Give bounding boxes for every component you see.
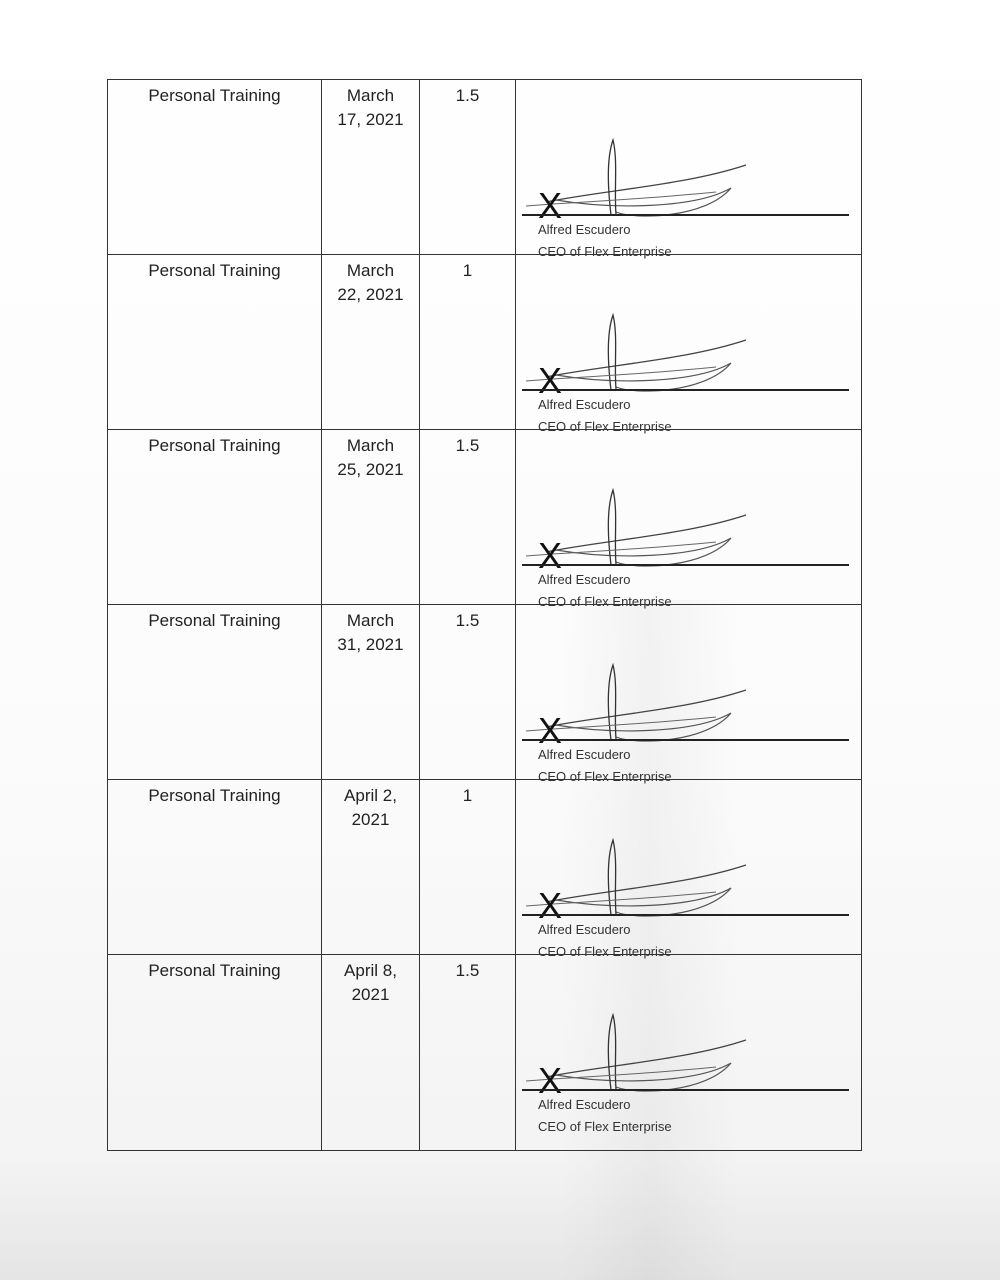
hours-cell: 1.5 bbox=[420, 955, 516, 1151]
signer-title: CEO of Flex Enterprise bbox=[538, 1119, 672, 1135]
table-row: Personal Training March 31, 2021 1.5 X A… bbox=[108, 605, 862, 780]
signature-x-mark: X bbox=[538, 538, 562, 574]
hours-text: 1 bbox=[420, 255, 515, 283]
table-row: Personal Training April 8, 2021 1.5 X Al… bbox=[108, 955, 862, 1151]
date-text: March 17, 2021 bbox=[336, 80, 406, 132]
signature-block: X Alfred Escudero CEO of Flex Enterprise bbox=[516, 305, 849, 425]
service-text: Personal Training bbox=[108, 780, 321, 808]
signer-name: Alfred Escudero bbox=[538, 397, 631, 413]
signature-line bbox=[522, 1089, 849, 1091]
training-log-table: Personal Training March 17, 2021 1.5 X A… bbox=[107, 79, 862, 1151]
signature-cell: X Alfred Escudero CEO of Flex Enterprise bbox=[516, 605, 862, 780]
date-cell: March 25, 2021 bbox=[322, 430, 420, 605]
date-text: March 31, 2021 bbox=[336, 605, 406, 657]
date-text: March 22, 2021 bbox=[336, 255, 406, 307]
signature-line bbox=[522, 389, 849, 391]
hours-cell: 1 bbox=[420, 255, 516, 430]
hours-cell: 1 bbox=[420, 780, 516, 955]
service-cell: Personal Training bbox=[108, 255, 322, 430]
signature-line bbox=[522, 914, 849, 916]
service-cell: Personal Training bbox=[108, 780, 322, 955]
hours-text: 1 bbox=[420, 780, 515, 808]
signature-block: X Alfred Escudero CEO of Flex Enterprise bbox=[516, 130, 849, 250]
hours-cell: 1.5 bbox=[420, 430, 516, 605]
hours-text: 1.5 bbox=[420, 605, 515, 633]
service-cell: Personal Training bbox=[108, 80, 322, 255]
date-text: April 8, 2021 bbox=[336, 955, 406, 1007]
date-cell: March 22, 2021 bbox=[322, 255, 420, 430]
service-text: Personal Training bbox=[108, 255, 321, 283]
date-cell: April 2, 2021 bbox=[322, 780, 420, 955]
signer-name: Alfred Escudero bbox=[538, 747, 631, 763]
hours-cell: 1.5 bbox=[420, 80, 516, 255]
date-text: April 2, 2021 bbox=[336, 780, 406, 832]
signature-block: X Alfred Escudero CEO of Flex Enterprise bbox=[516, 655, 849, 775]
table-row: Personal Training April 2, 2021 1 X Alfr… bbox=[108, 780, 862, 955]
signature-line bbox=[522, 214, 849, 216]
signature-block: X Alfred Escudero CEO of Flex Enterprise bbox=[516, 480, 849, 600]
service-cell: Personal Training bbox=[108, 605, 322, 780]
signature-x-mark: X bbox=[538, 713, 562, 749]
signature-x-mark: X bbox=[538, 188, 562, 224]
signature-block: X Alfred Escudero CEO of Flex Enterprise bbox=[516, 1005, 849, 1125]
service-cell: Personal Training bbox=[108, 955, 322, 1151]
service-text: Personal Training bbox=[108, 80, 321, 108]
service-cell: Personal Training bbox=[108, 430, 322, 605]
signer-name: Alfred Escudero bbox=[538, 922, 631, 938]
signature-block: X Alfred Escudero CEO of Flex Enterprise bbox=[516, 830, 849, 950]
service-text: Personal Training bbox=[108, 955, 321, 983]
date-cell: March 17, 2021 bbox=[322, 80, 420, 255]
hours-text: 1.5 bbox=[420, 430, 515, 458]
signature-x-mark: X bbox=[538, 363, 562, 399]
hours-cell: 1.5 bbox=[420, 605, 516, 780]
date-text: March 25, 2021 bbox=[336, 430, 406, 482]
date-cell: March 31, 2021 bbox=[322, 605, 420, 780]
table-row: Personal Training March 17, 2021 1.5 X A… bbox=[108, 80, 862, 255]
signature-line bbox=[522, 739, 849, 741]
hours-text: 1.5 bbox=[420, 80, 515, 108]
signature-line bbox=[522, 564, 849, 566]
service-text: Personal Training bbox=[108, 430, 321, 458]
signer-name: Alfred Escudero bbox=[538, 1097, 631, 1113]
signature-cell: X Alfred Escudero CEO of Flex Enterprise bbox=[516, 255, 862, 430]
hours-text: 1.5 bbox=[420, 955, 515, 983]
signature-cell: X Alfred Escudero CEO of Flex Enterprise bbox=[516, 430, 862, 605]
signer-name: Alfred Escudero bbox=[538, 222, 631, 238]
signature-x-mark: X bbox=[538, 888, 562, 924]
signature-x-mark: X bbox=[538, 1063, 562, 1099]
table-row: Personal Training March 25, 2021 1.5 X A… bbox=[108, 430, 862, 605]
scan-shadow-bottom bbox=[0, 1160, 1000, 1280]
signer-name: Alfred Escudero bbox=[538, 572, 631, 588]
signature-cell: X Alfred Escudero CEO of Flex Enterprise bbox=[516, 780, 862, 955]
date-cell: April 8, 2021 bbox=[322, 955, 420, 1151]
table-row: Personal Training March 22, 2021 1 X Alf… bbox=[108, 255, 862, 430]
signature-cell: X Alfred Escudero CEO of Flex Enterprise bbox=[516, 955, 862, 1151]
service-text: Personal Training bbox=[108, 605, 321, 633]
signature-cell: X Alfred Escudero CEO of Flex Enterprise bbox=[516, 80, 862, 255]
